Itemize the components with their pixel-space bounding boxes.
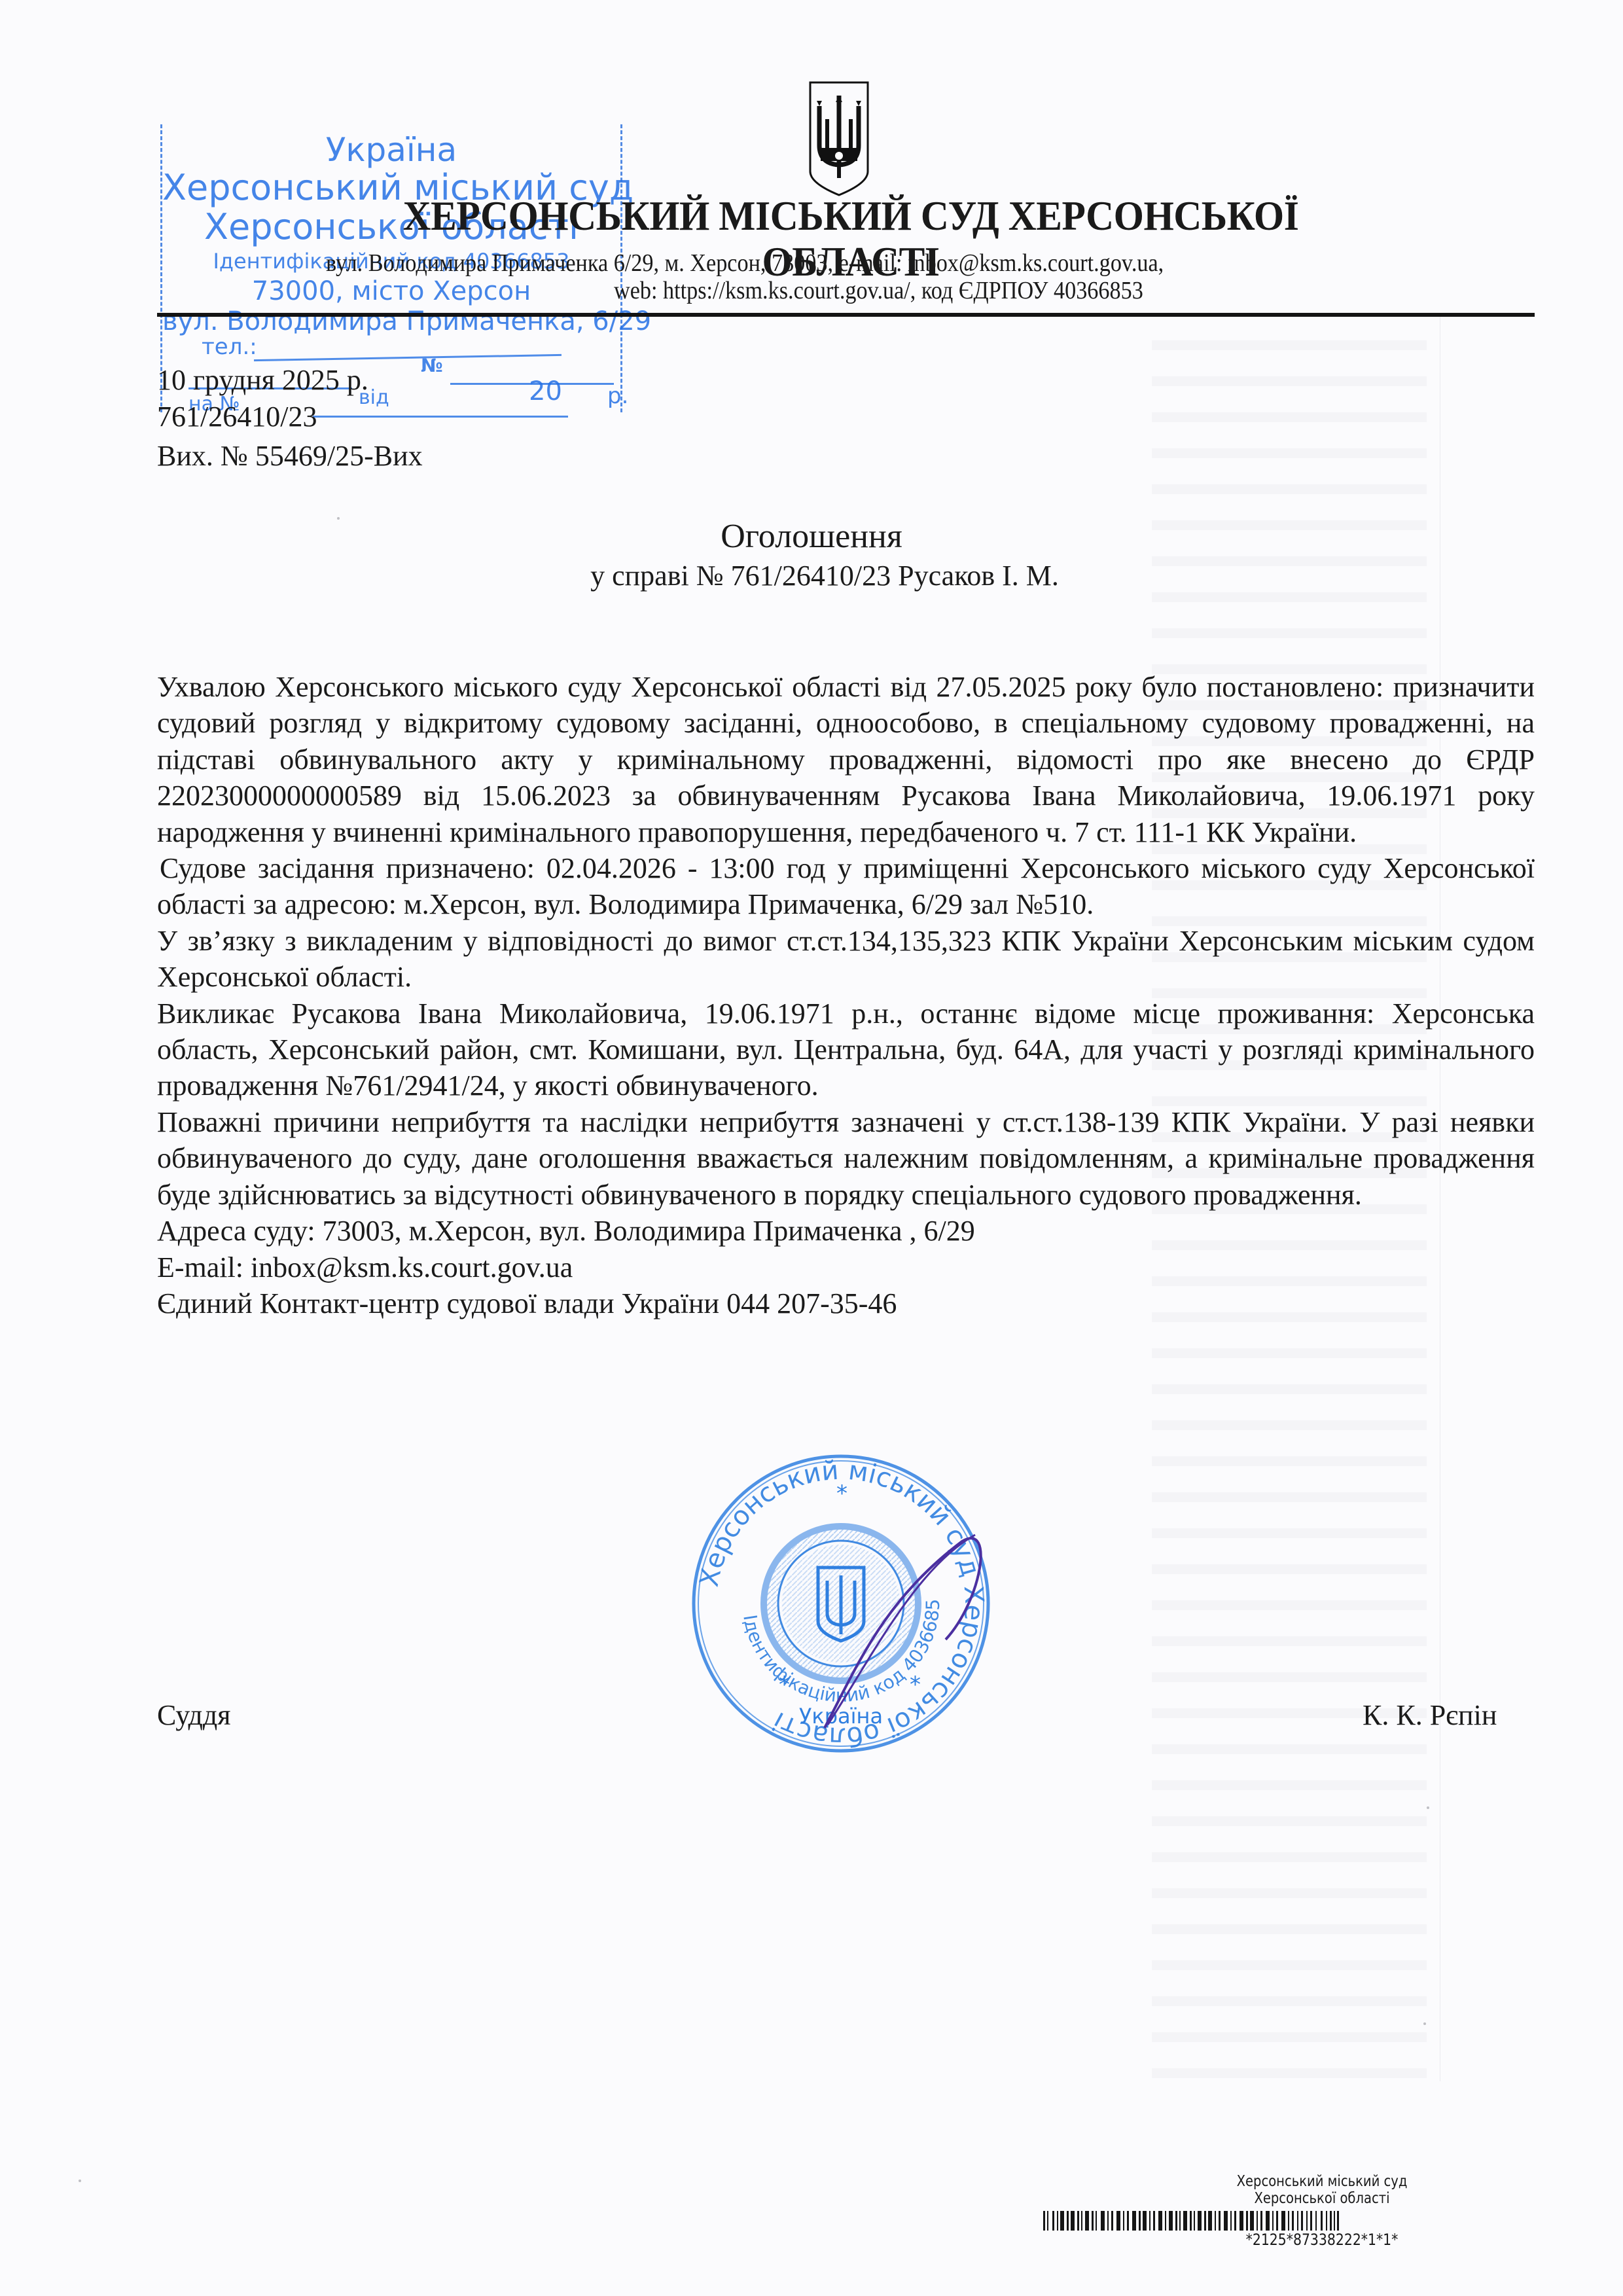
court-seal: Херсонський міський суд Херсонської обла… [687,1450,995,1757]
seal-bottom-text: Україна [799,1704,883,1729]
court-address-line: Адреса суду: 73003, м.Херсон, вул. Волод… [157,1213,1535,1249]
paragraph-basis: У зв’язку з викладеним у відповідності д… [157,923,1535,996]
judge-name: К. К. Рєпін [1363,1698,1497,1732]
svg-text:*: * [836,1480,847,1507]
trident-coat-of-arms-icon [806,80,872,198]
court-email-line: E-mail: inbox@ksm.ks.court.gov.ua [157,1249,1535,1285]
document-subtitle: у справі № 761/26410/23 Русаков І. М. [13,559,1623,593]
court-web-edrpou: web: https://ksm.ks.court.gov.ua/, код Є… [614,276,1143,305]
paragraph-hearing: Судове засідання призначено: 02.04.2026 … [157,850,1535,923]
document-title: Оголошення [0,517,1623,556]
scan-speck [79,2179,81,2182]
stamp-year-prefix: 20 [529,376,562,406]
stamp-tel-label: тел.: [202,334,257,360]
svg-text:*: * [910,1672,921,1698]
barcode-org-line1: Херсонський міський суд [1077,2173,1567,2191]
scan-speck [1427,1806,1429,1809]
contact-center-line: Єдиний Контакт-центр судової влади Украї… [157,1285,1535,1321]
letterhead-rule [157,313,1535,317]
stamp-street: вул. Володимира Примаченка, 6/29 [162,306,620,336]
stamp-country: Україна [162,131,620,169]
court-address: вул. Володимира Примаченка 6/29, м. Херс… [326,249,1164,278]
announcement-body: Ухвалою Херсонського міського суду Херсо… [157,669,1535,1321]
barcode-code: *2125*87338222*1*1* [1077,2231,1567,2249]
paragraph-summons: Викликає Русакова Івана Миколайовича, 19… [157,996,1535,1104]
stamp-year-suffix: р. [607,383,628,409]
svg-text:*: * [779,1672,790,1698]
judge-role-label: Суддя [157,1698,231,1732]
stamp-tel-line [254,354,562,361]
document-date: 10 грудня 2025 р. [157,364,368,397]
paragraph-ruling: Ухвалою Херсонського міського суду Херсо… [157,669,1535,850]
barcode-org-line2: Херсонської області [1077,2190,1567,2208]
paragraph-consequences: Поважні причини неприбуття та наслідки н… [157,1104,1535,1213]
stamp-vid-line [313,416,568,418]
stamp-no-label: № [421,355,443,376]
case-number: 761/26410/23 [157,401,317,433]
scan-speck [1423,2022,1426,2025]
barcode-icon [1043,2211,1339,2231]
scan-speck [337,517,340,520]
outgoing-number: Вих. № 55469/25-Вих [157,440,423,473]
